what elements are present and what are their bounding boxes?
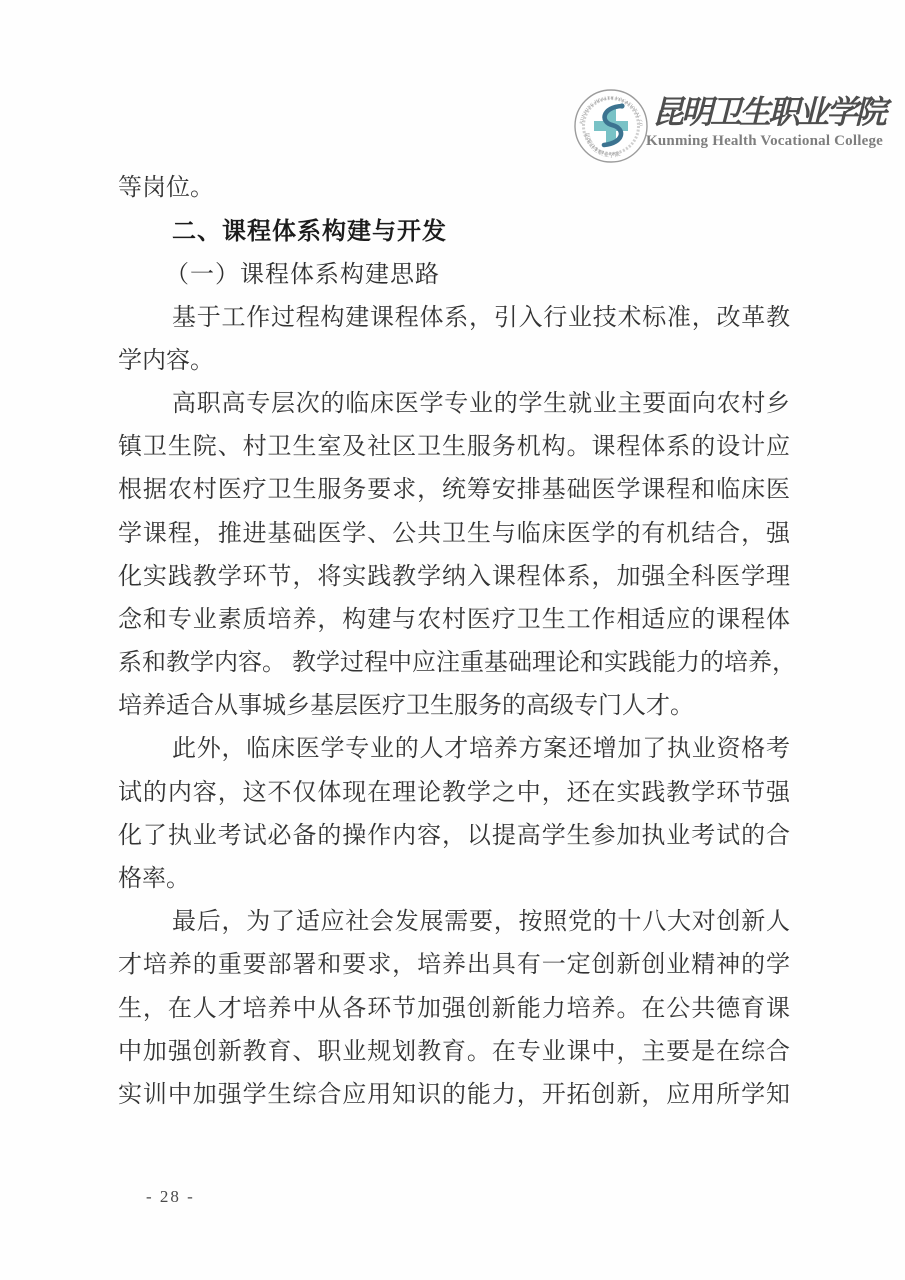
text-line: 学内容。 — [118, 340, 790, 383]
text-line: 等岗位。 — [118, 167, 790, 210]
text-line: 实训中加强学生综合应用知识的能力，开拓创新，应用所学知 — [118, 1074, 790, 1117]
text-line: 镇卫生院、村卫生室及社区卫生服务机构。课程体系的设计应 — [118, 426, 790, 469]
subsection-heading: （一）课程体系构建思路 — [118, 253, 790, 296]
text-line: 根据农村医疗卫生服务要求，统筹安排基础医学课程和临床医 — [118, 469, 790, 512]
text-line: 高职高专层次的临床医学专业的学生就业主要面向农村乡 — [118, 383, 790, 426]
text-line: 格率。 — [118, 858, 790, 901]
text-line: 生，在人才培养中从各环节加强创新能力培养。在公共德育课 — [118, 988, 790, 1031]
document-page: KUNMING HEALTH VOCATIONAL COLLEGE 昆明卫生职业… — [0, 0, 905, 1280]
document-body: 等岗位。二、课程体系构建与开发（一）课程体系构建思路基于工作过程构建课程体系，引… — [118, 167, 790, 1117]
text-line: 化实践教学环节，将实践教学纳入课程体系，加强全科医学理 — [118, 556, 790, 599]
text-line: 最后，为了适应社会发展需要，按照党的十八大对创新人 — [118, 901, 790, 944]
text-line: 培养适合从事城乡基层医疗卫生服务的高级专门人才。 — [118, 685, 790, 728]
college-name-english: Kunming Health Vocational College — [646, 132, 864, 151]
text-line: 念和专业素质培养，构建与农村医疗卫生工作相适应的课程体 — [118, 599, 790, 642]
text-line: 中加强创新教育、职业规划教育。在专业课中，主要是在综合 — [118, 1031, 790, 1074]
text-line: 系和教学内容。 教学过程中应注重基础理论和实践能力的培养， — [118, 642, 790, 685]
text-line: 化了执业考试必备的操作内容，以提高学生参加执业考试的合 — [118, 815, 790, 858]
text-line: 学课程，推进基础医学、公共卫生与临床医学的有机结合，强 — [118, 513, 790, 556]
page-number: - 28 - — [146, 1187, 195, 1207]
text-line: 基于工作过程构建课程体系，引入行业技术标准，改革教 — [118, 297, 790, 340]
section-heading: 二、课程体系构建与开发 — [118, 210, 790, 253]
college-name-calligraphy: 昆明卫生职业学院 — [652, 88, 864, 136]
text-line: 此外，临床医学专业的人才培养方案还增加了执业资格考 — [118, 728, 790, 771]
college-seal-icon: KUNMING HEALTH VOCATIONAL COLLEGE 昆明卫生职业… — [573, 88, 649, 164]
text-line: 试的内容，这不仅体现在理论教学之中，还在实践教学环节强 — [118, 772, 790, 815]
text-line: 才培养的重要部署和要求，培养出具有一定创新创业精神的学 — [118, 944, 790, 987]
seal-dragon-head — [619, 103, 624, 108]
